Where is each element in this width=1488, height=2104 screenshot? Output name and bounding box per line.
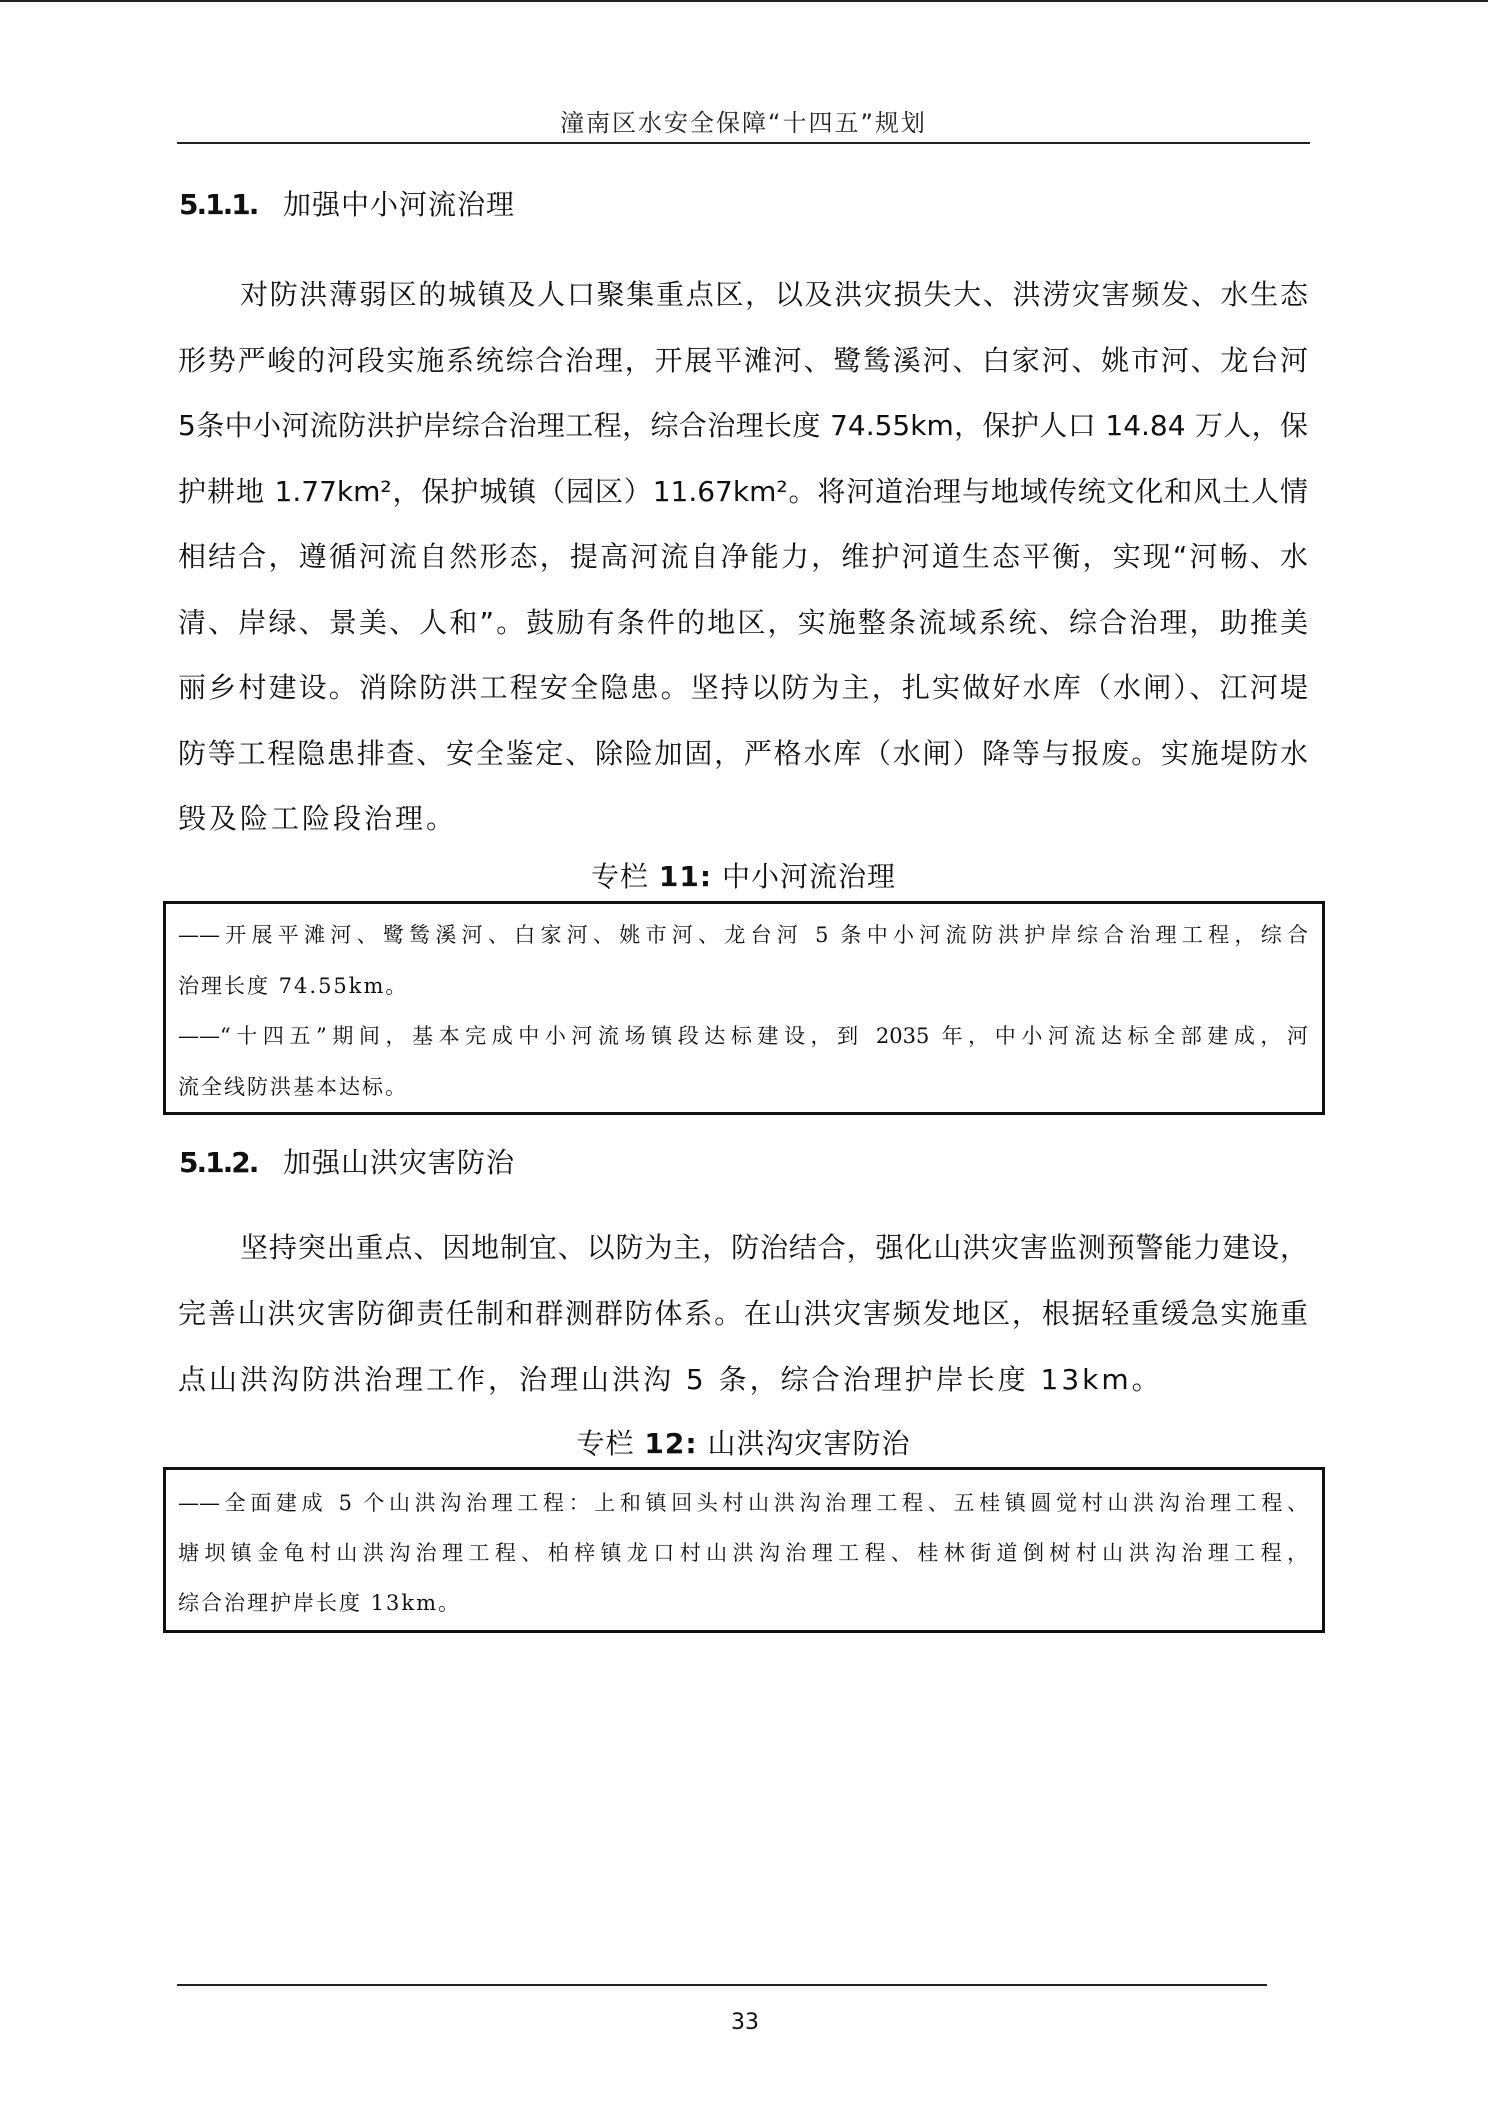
column-11-box: ——开展平滩河、鹭鸶溪河、白家河、姚市河、龙台河 5 条中小河流防洪护岸综合治理… xyxy=(163,901,1325,1115)
paragraph-line: 防等工程隐患排查、安全鉴定、除险加固，严格水库（水闸）降等与报废。实施堤防水 xyxy=(178,734,1308,774)
column-line: 治理长度 74.55km。 xyxy=(178,969,1308,1003)
paragraph-line: 护耕地 1.77km²，保护城镇（园区）11.67km²。将河道治理与地域传统文… xyxy=(178,472,1308,512)
column-12-title: 专栏 12: 山洪沟灾害防治 xyxy=(177,1424,1310,1464)
paragraph-line: 毁及险工险段治理。 xyxy=(178,799,1308,839)
section-heading-5-1-2: 5.1.2.加强山洪灾害防治 xyxy=(179,1145,515,1181)
column-line: 综合治理护岸长度 13km。 xyxy=(178,1586,1308,1620)
section-number: 5.1.2. xyxy=(179,1145,283,1181)
column-line: 流全线防洪基本达标。 xyxy=(178,1070,1308,1104)
column-line: ——开展平滩河、鹭鸶溪河、白家河、姚市河、龙台河 5 条中小河流防洪护岸综合治理… xyxy=(178,918,1308,952)
column-line: ——“十四五”期间，基本完成中小河流场镇段达标建设，到 2035 年，中小河流达… xyxy=(178,1019,1308,1053)
column-prefix: 专栏 xyxy=(576,1427,634,1460)
paragraph-line: 形势严峻的河段实施系统综合治理，开展平滩河、鹭鸶溪河、白家河、姚市河、龙台河 xyxy=(178,341,1308,381)
column-line: 塘坝镇金龟村山洪沟治理工程、柏梓镇龙口村山洪沟治理工程、桂林街道倒树村山洪沟治理… xyxy=(178,1536,1308,1570)
running-header-title: 潼南区水安全保障“十四五”规划 xyxy=(177,106,1310,140)
column-number: 12: xyxy=(644,1427,697,1460)
section-title: 加强山洪灾害防治 xyxy=(283,1146,515,1179)
column-line: ——全面建成 5 个山洪沟治理工程：上和镇回头村山洪沟治理工程、五桂镇圆觉村山洪… xyxy=(178,1486,1308,1520)
header-rule xyxy=(177,142,1310,144)
page-number: 33 xyxy=(700,2008,790,2038)
paragraph-line: 5条中小河流防洪护岸综合治理工程，综合治理长度 74.55km，保护人口 14.… xyxy=(178,406,1308,446)
paragraph-line: 清、岸绿、景美、人和”。鼓励有条件的地区，实施整条流域系统、综合治理，助推美 xyxy=(178,603,1308,643)
section-title: 加强中小河流治理 xyxy=(283,188,515,221)
section-heading-5-1-1: 5.1.1.加强中小河流治理 xyxy=(179,187,515,223)
column-number: 11: xyxy=(659,860,712,893)
paragraph-line: 点山洪沟防洪治理工作，治理山洪沟 5 条，综合治理护岸长度 13km。 xyxy=(178,1360,1308,1400)
column-title-text: 中小河流治理 xyxy=(722,860,896,893)
paragraph-line: 坚持突出重点、因地制宜、以防为主，防治结合，强化山洪灾害监测预警能力建设， xyxy=(240,1228,1308,1268)
page-top-border xyxy=(0,0,1488,2)
paragraph-line: 丽乡村建设。消除防洪工程安全隐患。坚持以防为主，扎实做好水库（水闸）、江河堤 xyxy=(178,668,1308,708)
paragraph-line: 对防洪薄弱区的城镇及人口聚集重点区，以及洪灾损失大、洪涝灾害频发、水生态 xyxy=(240,275,1308,315)
paragraph-line: 相结合，遵循河流自然形态，提高河流自净能力，维护河道生态平衡，实现“河畅、水 xyxy=(178,537,1308,577)
paragraph-line: 完善山洪灾害防御责任制和群测群防体系。在山洪灾害频发地区，根据轻重缓急实施重 xyxy=(178,1294,1308,1334)
column-title-text: 山洪沟灾害防治 xyxy=(707,1427,910,1460)
column-prefix: 专栏 xyxy=(591,860,649,893)
column-11-title: 专栏 11: 中小河流治理 xyxy=(177,857,1310,897)
section-number: 5.1.1. xyxy=(179,187,283,223)
footer-rule xyxy=(177,1984,1267,1986)
column-12-box: ——全面建成 5 个山洪沟治理工程：上和镇回头村山洪沟治理工程、五桂镇圆觉村山洪… xyxy=(163,1467,1325,1633)
